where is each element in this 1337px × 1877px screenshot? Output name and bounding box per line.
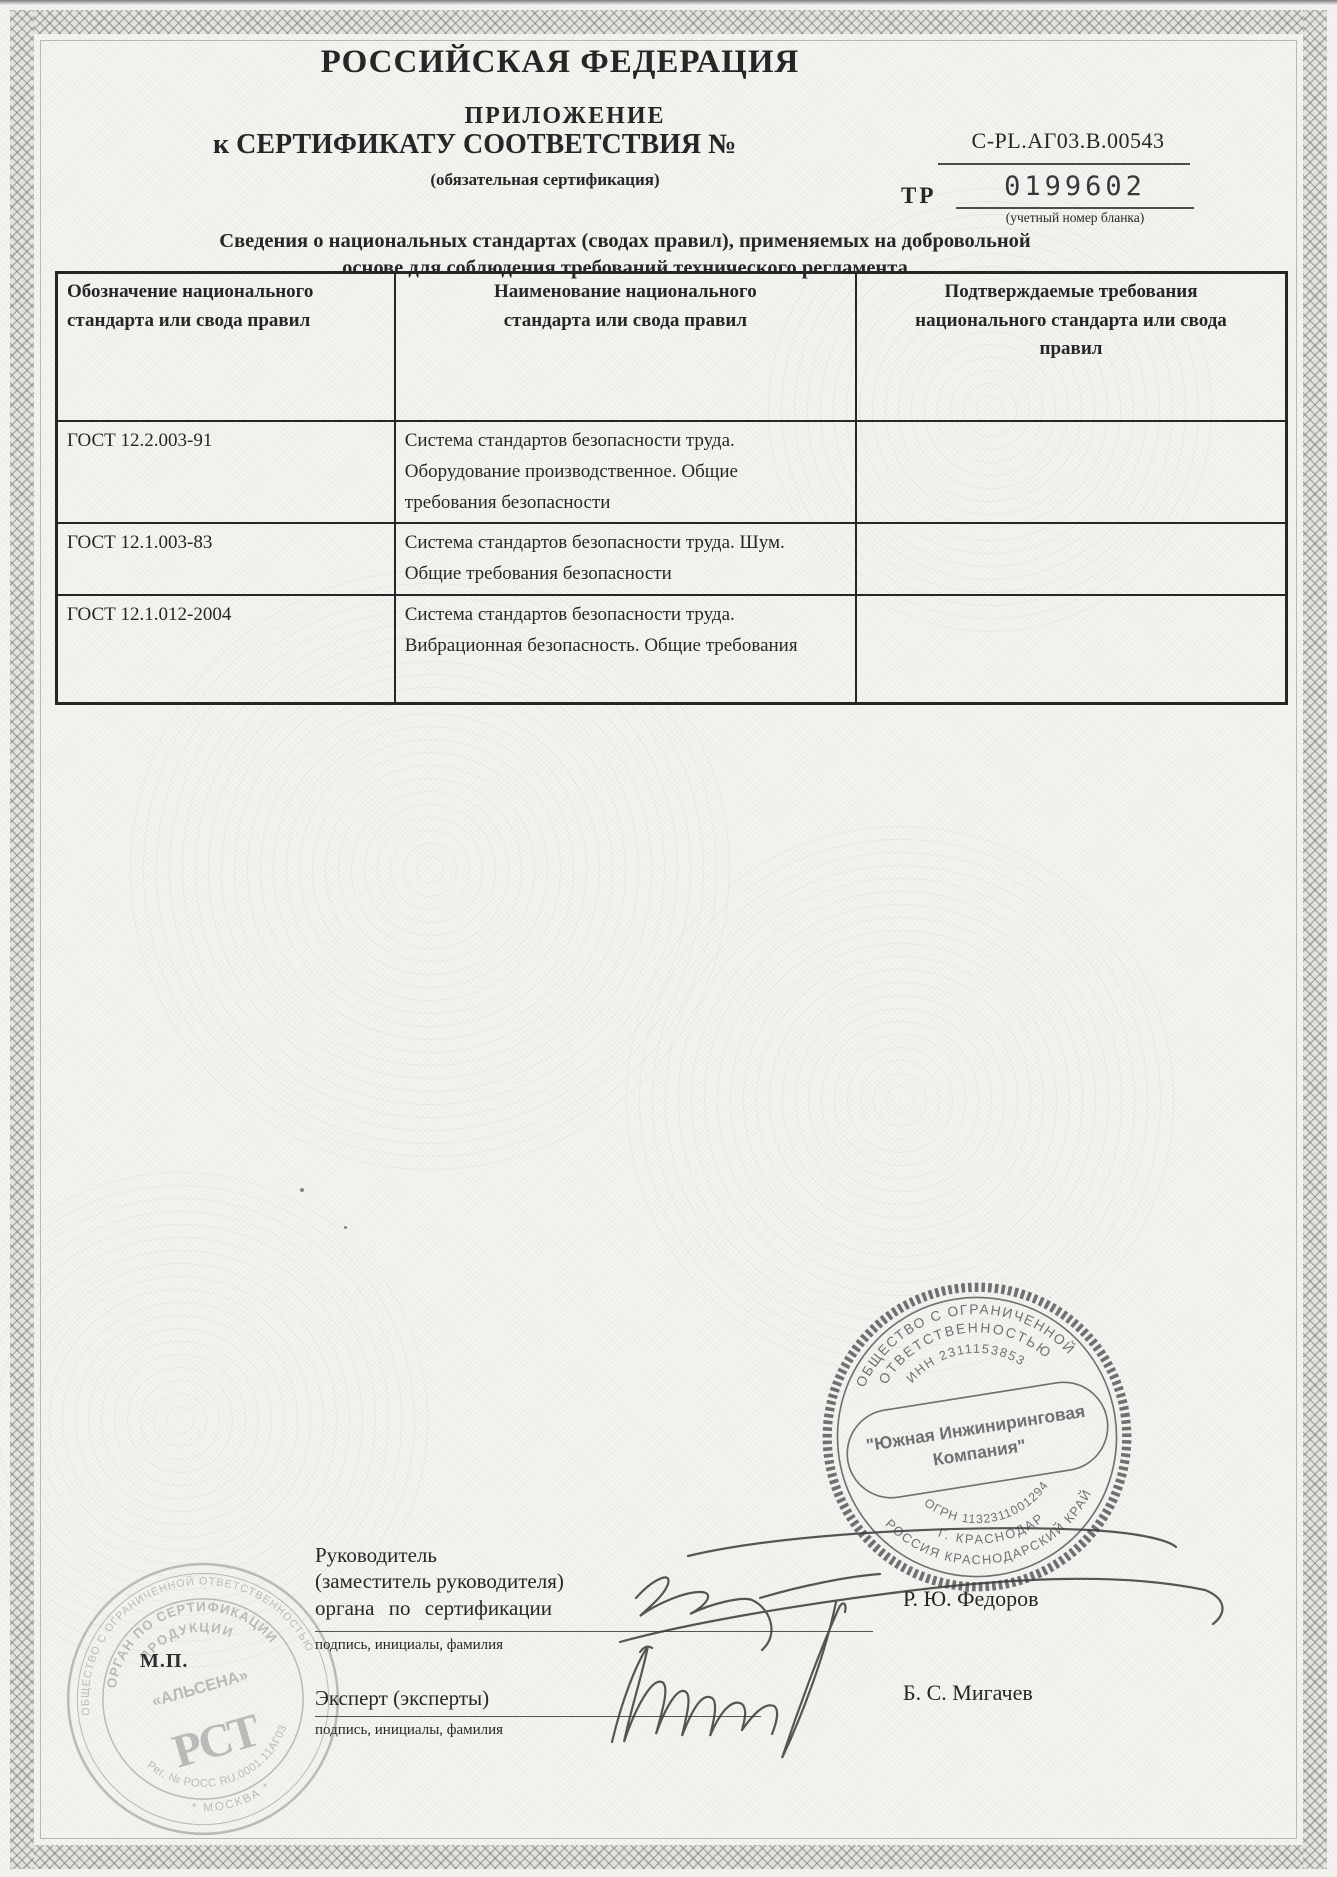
cell-name: Система стандартов безопасности труда. Ш… bbox=[395, 523, 856, 595]
cell-designation: ГОСТ 12.2.003-91 bbox=[57, 421, 395, 523]
mp-seal-place-label: М.П. bbox=[140, 1650, 188, 1673]
head-name: Р. Ю. Федоров bbox=[903, 1586, 1039, 1612]
cell-name-text: Система стандартов безопасности труда. В… bbox=[405, 600, 810, 662]
cell-requirements bbox=[856, 523, 1287, 595]
signature-caption: подпись, инициалы, фамилия bbox=[315, 1722, 503, 1739]
header-name-text: Наименование национального стандарта или… bbox=[475, 278, 775, 335]
ink-speck bbox=[300, 1188, 304, 1192]
blank-number: 0199602 bbox=[956, 171, 1194, 202]
table-header-row: Обозначение национального стандарта или … bbox=[57, 273, 1287, 422]
cell-name: Система стандартов безопасности труда. В… bbox=[395, 595, 856, 704]
country-title: РОССИЙСКАЯ ФЕДЕРАЦИЯ bbox=[60, 44, 1060, 81]
certification-kind: (обязательная сертификация) bbox=[330, 170, 760, 190]
certificate-number: С-PL.АГ03.В.00543 bbox=[942, 128, 1194, 154]
cell-designation: ГОСТ 12.1.003-83 bbox=[57, 523, 395, 595]
header-designation: Обозначение национального стандарта или … bbox=[57, 273, 395, 422]
border-band-right bbox=[1303, 10, 1327, 1869]
head-role-label: Руководитель (заместитель руководителя) … bbox=[315, 1542, 564, 1621]
signature-caption: подпись, инициалы, фамилия bbox=[315, 1637, 503, 1654]
cell-name-text: Система стандартов безопасности труда. Ш… bbox=[405, 528, 810, 590]
head-signature-line bbox=[315, 1631, 873, 1632]
certificate-title: к СЕРТИФИКАТУ СООТВЕТСТВИЯ № bbox=[213, 129, 736, 161]
blank-number-underline bbox=[956, 207, 1194, 209]
border-band-top bbox=[10, 10, 1327, 34]
blank-number-caption: (учетный номер бланка) bbox=[950, 210, 1200, 226]
certificate-number-underline bbox=[938, 163, 1190, 165]
table-row: ГОСТ 12.1.012-2004 Система стандартов бе… bbox=[57, 595, 1287, 704]
border-band-bottom bbox=[10, 1845, 1327, 1869]
header-requirements: Подтверждаемые требования национального … bbox=[856, 273, 1287, 422]
head-role-line1: Руководитель bbox=[315, 1542, 564, 1568]
head-role-line2: (заместитель руководителя) bbox=[315, 1568, 564, 1594]
tr-label: ТР bbox=[901, 183, 936, 209]
expert-signature-line bbox=[315, 1716, 761, 1717]
cell-requirements bbox=[856, 421, 1287, 523]
table-row: ГОСТ 12.1.003-83 Система стандартов безо… bbox=[57, 523, 1287, 595]
cell-name: Система стандартов безопасности труда. О… bbox=[395, 421, 856, 523]
header-requirements-text: Подтверждаемые требования национального … bbox=[891, 278, 1251, 364]
appendix-title: ПРИЛОЖЕНИЕ bbox=[60, 103, 1070, 130]
cell-name-text: Система стандартов безопасности труда. О… bbox=[405, 426, 810, 518]
intro-line-1: Сведения о национальных стандартах (свод… bbox=[70, 228, 1180, 255]
head-role-line3: органа по сертификации bbox=[315, 1595, 564, 1621]
cell-requirements bbox=[856, 595, 1287, 704]
table-row: ГОСТ 12.2.003-91 Система стандартов безо… bbox=[57, 421, 1287, 523]
border-band-left bbox=[10, 10, 34, 1869]
ink-speck bbox=[344, 1226, 347, 1229]
cell-designation: ГОСТ 12.1.012-2004 bbox=[57, 595, 395, 704]
expert-role-label: Эксперт (эксперты) bbox=[315, 1686, 489, 1711]
scan-artifact-top-edge bbox=[0, 0, 1337, 5]
header-name: Наименование национального стандарта или… bbox=[395, 273, 856, 422]
expert-name: Б. С. Мигачев bbox=[903, 1680, 1033, 1706]
standards-table: Обозначение национального стандарта или … bbox=[55, 271, 1288, 705]
certificate-appendix-page: РОССИЙСКАЯ ФЕДЕРАЦИЯ ПРИЛОЖЕНИЕ к СЕРТИФ… bbox=[0, 0, 1337, 1877]
